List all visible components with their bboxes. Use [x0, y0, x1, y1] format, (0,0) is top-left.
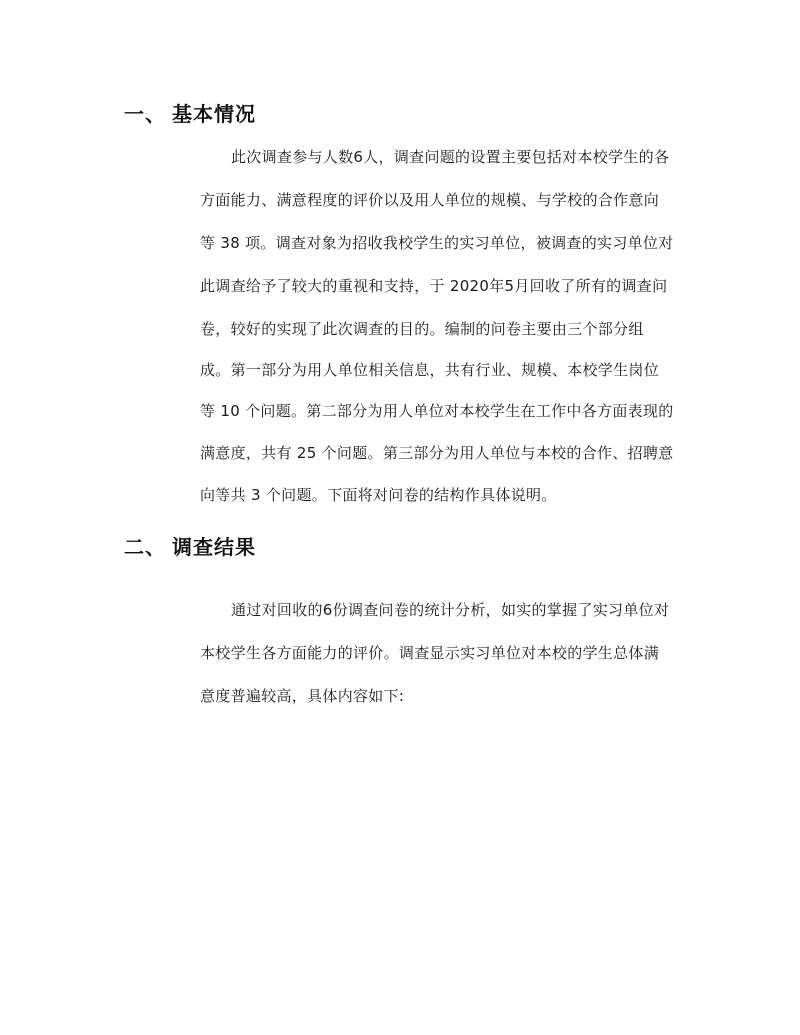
section-heading-basic-info: 一、基本情况: [124, 98, 256, 127]
paragraph-line: 意度普遍较高，具体内容如下:: [200, 685, 404, 706]
paragraph-line: 此次调查参与人数6人，调查问题的设置主要包括对本校学生的各: [231, 146, 669, 167]
section-number: 二、: [124, 531, 172, 560]
paragraph-line: 成。第一部分为用人单位相关信息，共有行业、规模、本校学生岗位: [200, 359, 659, 380]
section-heading-survey-results: 二、调查结果: [124, 531, 256, 560]
paragraph-line: 等 10 个问题。第二部分为用人单位对本校学生在工作中各方面表现的: [200, 400, 674, 421]
document-page: 一、基本情况 此次调查参与人数6人，调查问题的设置主要包括对本校学生的各 方面能…: [0, 0, 800, 1035]
section-title: 基本情况: [172, 102, 256, 126]
paragraph-line: 满意度，共有 25 个问题。第三部分为用人单位与本校的合作、招聘意: [200, 442, 674, 463]
section-title: 调查结果: [172, 535, 256, 559]
paragraph-line: 向等共 3 个问题。下面将对问卷的结构作具体说明。: [200, 484, 557, 505]
paragraph-line: 等 38 项。调查对象为招收我校学生的实习单位，被调查的实习单位对: [200, 232, 674, 253]
paragraph-line: 本校学生各方面能力的评价。调查显示实习单位对本校的学生总体满: [200, 642, 659, 663]
paragraph-line: 方面能力、满意程度的评价以及用人单位的规模、与学校的合作意向: [200, 189, 659, 210]
paragraph-line: 卷，较好的实现了此次调查的目的。编制的问卷主要由三个部分组: [200, 318, 644, 339]
paragraph-line: 此调查给予了较大的重视和支持，于 2020年5月回收了所有的调查问: [200, 275, 667, 296]
paragraph-line: 通过对回收的6份调查问卷的统计分析，如实的掌握了实习单位对: [231, 599, 669, 620]
section-number: 一、: [124, 98, 172, 127]
